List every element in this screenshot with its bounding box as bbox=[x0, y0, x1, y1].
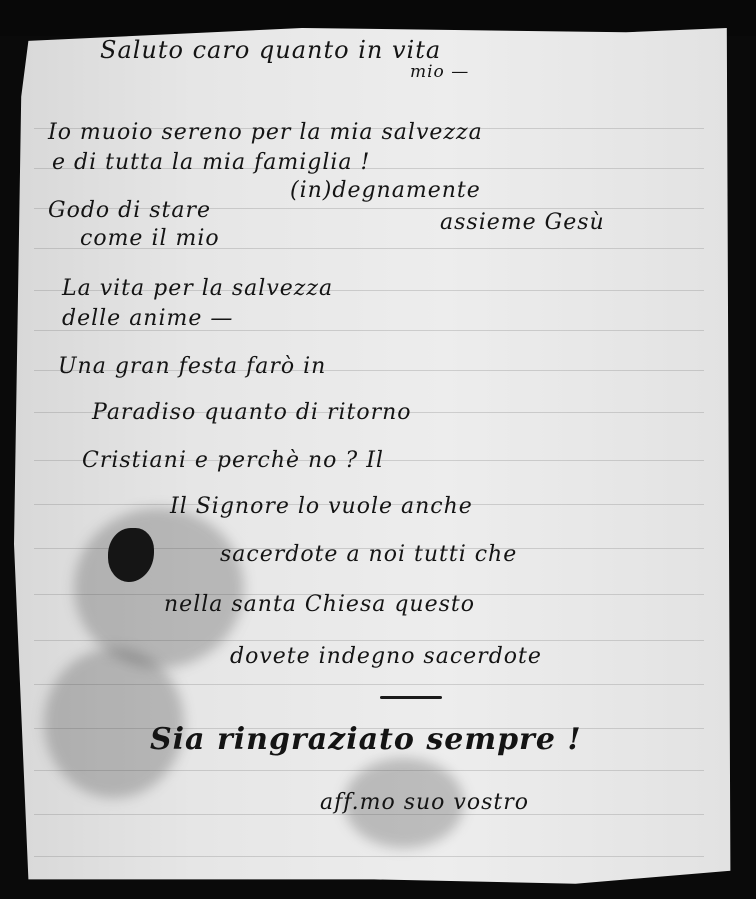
letter-line: nella santa Chiesa questo bbox=[164, 592, 475, 617]
letter-line: Paradiso quanto di ritorno bbox=[92, 400, 412, 425]
letter-line: dovete indegno sacerdote bbox=[230, 644, 542, 669]
letter-line: assieme Gesù bbox=[440, 210, 605, 235]
ruled-line bbox=[34, 856, 704, 857]
paper-stain bbox=[74, 508, 244, 668]
closing-line: Sia ringraziato sempre ! bbox=[150, 722, 582, 757]
letter-line: Godo di stare bbox=[48, 198, 211, 223]
letter-line: Cristiani e perchè no ? Il bbox=[82, 448, 384, 473]
letter-line: La vita per la salvezza bbox=[62, 276, 333, 301]
letter-line: Il Signore lo vuole anche bbox=[170, 494, 473, 519]
signature-line: aff.mo suo vostro bbox=[320, 790, 529, 815]
separator-dash bbox=[380, 696, 442, 699]
greeting-line: Saluto caro quanto in vita bbox=[100, 36, 441, 64]
letter-line: Una gran festa farò in bbox=[58, 354, 326, 379]
letter-line: Io muoio sereno per la mia salvezza bbox=[48, 120, 483, 145]
letter-line: e di tutta la mia famiglia ! bbox=[52, 150, 370, 175]
letter-line: sacerdote a noi tutti che bbox=[220, 542, 517, 567]
letter-line: come il mio bbox=[80, 226, 220, 251]
greeting-line-continued: mio — bbox=[410, 62, 469, 82]
letter-line: delle anime — bbox=[62, 306, 233, 331]
letter-line-insert: (in)degnamente bbox=[290, 178, 481, 203]
